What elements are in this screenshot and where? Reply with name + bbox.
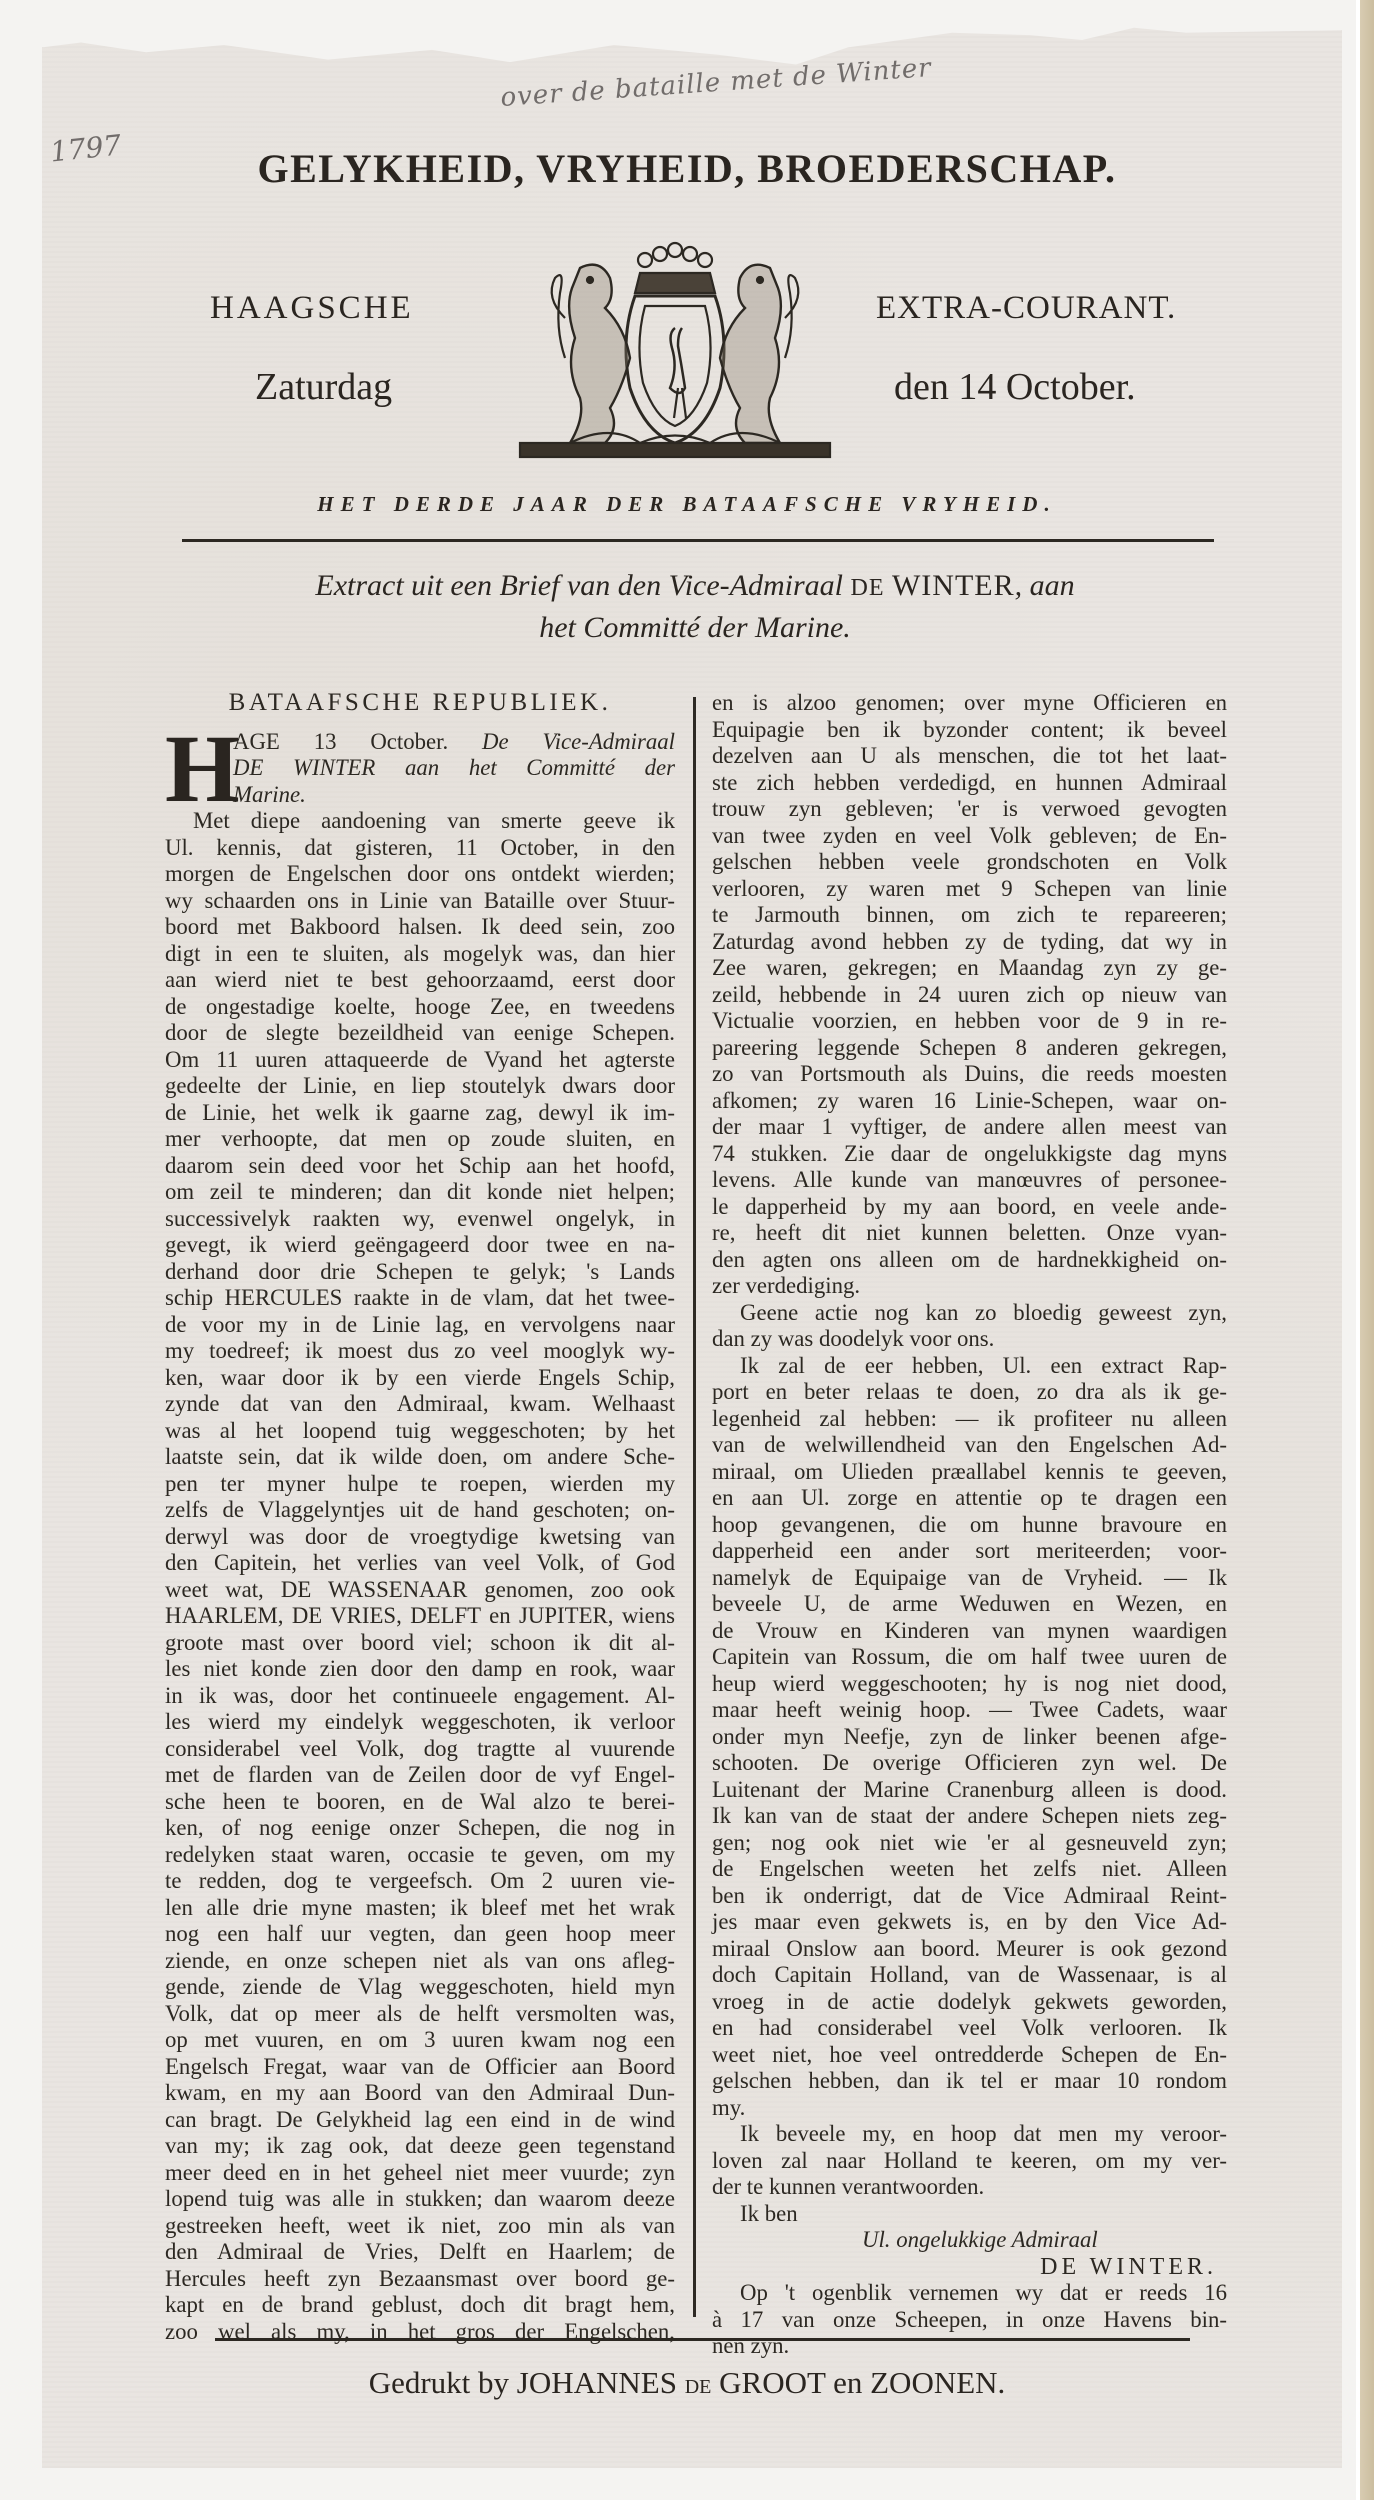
text-line: sche heen te booren, en de Wal alzo te b…	[165, 1789, 675, 1816]
text-line: derwyl was door de vroegtydige kwetsing …	[165, 1524, 675, 1551]
right-body-text: en is alzoo genomen; over myne Officiere…	[712, 690, 1227, 1300]
text-line: de voor my in de Linie lag, en vervolgen…	[165, 1312, 675, 1339]
text-line: 74 stukken. Zie daar de ongelukkigste da…	[712, 1141, 1227, 1168]
text-line: was al het loopend tuig weggeschoten; by…	[165, 1418, 675, 1445]
coat-of-arms-icon	[510, 238, 840, 478]
text-line: in ik was, door het continueele engageme…	[165, 1683, 675, 1710]
text-line: zer verdediging.	[712, 1273, 1227, 1300]
text-line: maar heeft weinig hoop. — Twee Cadets, w…	[712, 1697, 1227, 1724]
text-line: le dapperheid by my aan boord, en veele …	[712, 1194, 1227, 1221]
text-line: weet niet, hoe veel ontredderde Schepen …	[712, 2042, 1227, 2069]
text-line: daarom sein deed voor het Schip aan het …	[165, 1153, 675, 1180]
text-line: den Capitein, het verlies van veel Volk,…	[165, 1550, 675, 1577]
text-line: afkomen; zy waren 16 Linie-Schepen, waar…	[712, 1088, 1227, 1115]
text-line: trouw zyn gebleven; 'er is verwoed gevog…	[712, 796, 1227, 823]
text-line: legenheid zal hebben: — ik profiteer nu …	[712, 1406, 1227, 1433]
text-line: zynde dat van den Admiraal, kwam. Welhaa…	[165, 1391, 675, 1418]
text-line: Ik zal de eer hebben, Ul. een extract Ra…	[712, 1353, 1227, 1380]
dateline-line: AGE 13 October. De Vice-Admiraal	[233, 729, 675, 756]
text-line: met de flarden van de Zeilen door de vyf…	[165, 1762, 675, 1789]
text-line: ben ik onderrigt, dat de Vice Admiraal R…	[712, 1883, 1227, 1910]
text-line: schooten. De overige Officieren zyn wel.…	[712, 1750, 1227, 1777]
right-paragraph-4: Ik beveele my, en hoop dat men my veroor…	[712, 2121, 1227, 2201]
text-line: HAARLEM, DE VRIES, DELFT en JUPITER, wie…	[165, 1603, 675, 1630]
text-line: Luitenant der Marine Cranenburg alleen i…	[712, 1777, 1227, 1804]
masthead-right-line1: EXTRA-COURANT.	[876, 290, 1176, 327]
text-line: les wierd my eindelyk weggeschoten, ik v…	[165, 1709, 675, 1736]
text-line: zelfs de Vlaggelyntjes uit de hand gesch…	[165, 1497, 675, 1524]
text-line: mer verhoopte, dat men op zoude sluiten,…	[165, 1126, 675, 1153]
dateline-line: Marine.	[233, 782, 675, 809]
text-line: jes maar even gekwets is, en by den Vice…	[712, 1909, 1227, 1936]
left-body-text: Met diepe aandoening van smerte geeve ik…	[165, 808, 675, 2345]
text-line: considerabel veel Volk, dog tragtte al v…	[165, 1736, 675, 1763]
text-line: gevegt, ik wierd geëngageerd door twee e…	[165, 1232, 675, 1259]
text-line: à 17 van onze Scheepen, in onze Havens b…	[712, 2307, 1227, 2334]
masthead-left-line1: HAAGSCHE	[210, 290, 414, 327]
text-line: Op 't ogenblik vernemen wy dat er reeds …	[712, 2280, 1227, 2307]
text-line: ken, of nog eenige onzer Schepen, die no…	[165, 1815, 675, 1842]
text-line: de ongestadige koelte, hooge Zee, en twe…	[165, 994, 675, 1021]
text-line: heup wierd weggeschooten; hy is nog niet…	[712, 1671, 1227, 1698]
text-line: den agten ons alleen om de hardnekkighei…	[712, 1247, 1227, 1274]
text-line: zeild, hebbende in 24 uuren zich op nieu…	[712, 982, 1227, 1009]
text-line: namelyk de Equipaige van de Vryheid. — I…	[712, 1565, 1227, 1592]
text-line: van de welwillendheid van den Engelschen…	[712, 1432, 1227, 1459]
text-line: beveele U, de arme Weduwen en Wezen, en	[712, 1591, 1227, 1618]
text-line: te Jarmouth binnen, om zich te repareere…	[712, 902, 1227, 929]
text-line: len alle drie myne masten; ik bleef met …	[165, 1895, 675, 1922]
text-line: Capitein van Rossum, die om half twee uu…	[712, 1644, 1227, 1671]
text-line: Zee waren, gekregen; en Maandag zyn zy g…	[712, 955, 1227, 982]
text-line: successivelyk raakten wy, evenwel ongely…	[165, 1206, 675, 1233]
printer-imprint: Gedrukt by JOHANNES DE GROOT en ZOONEN.	[0, 2365, 1374, 2401]
text-line: gedeelte der Linie, en liep stoutelyk dw…	[165, 1073, 675, 1100]
text-line: om zeil te minderen; dan dit konde niet …	[165, 1179, 675, 1206]
text-line: kwam, en my aan Boord van den Admiraal D…	[165, 2080, 675, 2107]
text-line: de Engelschen weeten het zelfs niet. All…	[712, 1856, 1227, 1883]
text-line: Engelsch Fregat, waar van de Officier aa…	[165, 2054, 675, 2081]
text-line: derhand door drie Schepen te gelyk; 's L…	[165, 1259, 675, 1286]
text-line: Geene actie nog kan zo bloedig geweest z…	[712, 1300, 1227, 1327]
text-line: boord met Bakboord halsen. Ik deed sein,…	[165, 914, 675, 941]
text-line: vroeg in de actie dodelyk gekwets geword…	[712, 1989, 1227, 2016]
text-line: zo van Portsmouth als Duins, die reeds m…	[712, 1061, 1227, 1088]
text-line: Ik kan van de staat der andere Schepen n…	[712, 1803, 1227, 1830]
text-line: meer deed en in het geheel niet meer vuu…	[165, 2160, 675, 2187]
text-line: Hercules heeft zyn Bezaansmast over boor…	[165, 2266, 675, 2293]
text-line: Ul. kennis, dat gisteren, 11 October, in…	[165, 835, 675, 862]
text-line: Zaturdag avond hebben zy de tyding, dat …	[712, 929, 1227, 956]
extract-heading-name: WINTER	[892, 569, 1015, 602]
text-line: op met vuuren, en om 3 uuren kwam nog ee…	[165, 2027, 675, 2054]
text-line: en had considerabel veel Volk verlooren.…	[712, 2015, 1227, 2042]
text-line: lopend tuig was alle in stukken; dan waa…	[165, 2186, 675, 2213]
text-line: Victualie voorzien, en hebben voor de 9 …	[712, 1008, 1227, 1035]
text-line: groote mast over boord viel; schoon ik d…	[165, 1630, 675, 1657]
text-line: Ik beveele my, en hoop dat men my veroor…	[712, 2121, 1227, 2148]
masthead-weekday: Zaturdag	[255, 365, 392, 409]
text-line: redelyken staat waren, occasie te geven,…	[165, 1842, 675, 1869]
text-line: de Vrouw en Kinderen van mynen waardigen	[712, 1618, 1227, 1645]
extract-heading-part1: Extract uit een Brief van den Vice-Admir…	[315, 569, 843, 602]
text-line: te redden, dog te vergeefsch. Om 2 uuren…	[165, 1868, 675, 1895]
masthead-title: GELYKHEID, VRYHEID, BROEDERSCHAP.	[0, 145, 1374, 192]
text-line: nen zyn.	[712, 2333, 1227, 2360]
text-line: gestreeken heeft, weet ik niet, zoo min …	[165, 2213, 675, 2240]
text-line: aan wierd niet te best gehoorzaamd, eers…	[165, 967, 675, 994]
postscript: Op 't ogenblik vernemen wy dat er reeds …	[712, 2280, 1227, 2360]
text-line: gelschen hebben veele grondschoten en Vo…	[712, 849, 1227, 876]
extract-heading-line2: het Committé der Marine.	[539, 611, 851, 644]
signature-name: DE WINTER.	[712, 2254, 1227, 2281]
text-line: miraal, om Ulieden præallabel kennis te …	[712, 1459, 1227, 1486]
text-line: levens. Alle kunde van manœuvres of pers…	[712, 1167, 1227, 1194]
text-line: gelschen hebben, dan ik tel er maar 10 r…	[712, 2068, 1227, 2095]
background-board-edge	[1356, 0, 1374, 2500]
text-line: digt in een te sluiten, als mogelyk was,…	[165, 941, 675, 968]
text-line: dapperheid een ander sort meriteerden; v…	[712, 1538, 1227, 1565]
article-heading: Extract uit een Brief van den Vice-Admir…	[180, 566, 1210, 648]
text-line: en is alzoo genomen; over myne Officiere…	[712, 690, 1227, 717]
extract-heading-de: DE	[850, 575, 884, 601]
text-line: miraal Onslow aan boord. Meurer is ook g…	[712, 1936, 1227, 1963]
text-line: port en beter relaas te doen, zo dra als…	[712, 1379, 1227, 1406]
text-line: Volk, dat op meer als de helft versmolte…	[165, 2001, 675, 2028]
text-line: zoo wel als my, in het gros der Engelsch…	[165, 2319, 675, 2346]
signature-line1: Ul. ongelukkige Admiraal	[712, 2227, 1227, 2254]
text-line: der te kunnen verantwoorden.	[712, 2174, 1227, 2201]
text-line: en aan Ul. zorge en attentie op te drage…	[712, 1485, 1227, 1512]
right-paragraph-2: Geene actie nog kan zo bloedig geweest z…	[712, 1300, 1227, 1353]
text-line: dezelven aan U als menschen, die tot het…	[712, 743, 1227, 770]
text-line: re, heeft dit niet kunnen beletten. Onze…	[712, 1220, 1227, 1247]
text-line: morgen de Engelschen door ons ontdekt wi…	[165, 861, 675, 888]
text-line: my.	[712, 2095, 1227, 2122]
text-line: doch Capitain Holland, van de Wassenaar,…	[712, 1962, 1227, 1989]
text-line: les niet konde zien door den damp en roo…	[165, 1656, 675, 1683]
text-line: loven zal naar Holland te keeren, om my …	[712, 2148, 1227, 2175]
text-line: ken, waar door ik by een vierde Engels S…	[165, 1365, 675, 1392]
horizontal-rule	[215, 2338, 1190, 2341]
text-line: hoop gevangenen, die om hunne bravoure e…	[712, 1512, 1227, 1539]
dateline-line: DE WINTER aan het Committé der	[233, 755, 675, 782]
text-line: schip HERCULES raakte in de vlam, dat he…	[165, 1285, 675, 1312]
dropcap: H	[165, 729, 240, 809]
text-line: van twee zyden en veel Volk gebleven; de…	[712, 823, 1227, 850]
text-line: onder myn Neefje, zyn de linker beenen a…	[712, 1724, 1227, 1751]
text-line: ste zich hebben verdedigd, en hunnen Adm…	[712, 770, 1227, 797]
section-heading: BATAAFSCHE REPUBLIEK.	[165, 690, 675, 717]
column-divider	[693, 697, 696, 2317]
dateline: H AGE 13 October. De Vice-Admiraal DE WI…	[165, 729, 675, 809]
text-line: Om 11 uuren attaqueerde de Vyand het agt…	[165, 1047, 675, 1074]
text-line: weet wat, DE WASSENAAR genomen, zoo ook	[165, 1577, 675, 1604]
right-column: en is alzoo genomen; over myne Officiere…	[712, 690, 1227, 2360]
horizontal-rule	[182, 539, 1214, 542]
right-paragraph-3: Ik zal de eer hebben, Ul. een extract Ra…	[712, 1353, 1227, 2122]
text-line: kapt en de brand geblust, doch dit bragt…	[165, 2292, 675, 2319]
text-line: ziende, en onze schepen niet als van ons…	[165, 1948, 675, 1975]
text-line: laatste sein, dat ik wilde doen, om ande…	[165, 1444, 675, 1471]
text-line: nog een half uur vegten, dan geen hoop m…	[165, 1921, 675, 1948]
text-line: gende, ziende de Vlag weggeschoten, hiel…	[165, 1974, 675, 2001]
text-line: van my; ik zag ook, dat deeze geen tegen…	[165, 2133, 675, 2160]
text-line: verlooren, zy waren met 9 Schepen van li…	[712, 876, 1227, 903]
text-line: door de slegte bezeildheid van eenige Sc…	[165, 1020, 675, 1047]
text-line: de Linie, het welk ik gaarne zag, dewyl …	[165, 1100, 675, 1127]
text-line: wy schaarden ons in Linie van Bataille o…	[165, 888, 675, 915]
extract-heading-part2: , aan	[1015, 569, 1075, 602]
text-line: can bragt. De Gelykheid lag een eind in …	[165, 2107, 675, 2134]
closing-line: Ik ben	[712, 2201, 1227, 2228]
text-line: den Admiraal de Vries, Delft en Haarlem;…	[165, 2239, 675, 2266]
text-line: gen; nog ook niet wie 'er al gesneuveld …	[712, 1830, 1227, 1857]
text-line: Met diepe aandoening van smerte geeve ik	[165, 808, 675, 835]
masthead-subtitle: HET DERDE JAAR DER BATAAFSCHE VRYHEID.	[0, 492, 1374, 517]
text-line: pareering leggende Schepen 8 anderen gek…	[712, 1035, 1227, 1062]
left-column: BATAAFSCHE REPUBLIEK. H AGE 13 October. …	[165, 690, 675, 2345]
masthead-date: den 14 October.	[894, 365, 1136, 409]
text-line: pen ter myner hulpe te roepen, wierden m…	[165, 1471, 675, 1498]
text-line: Equipagie ben ik byzonder content; ik be…	[712, 717, 1227, 744]
text-line: der maar 1 vyftiger, de andere allen mee…	[712, 1114, 1227, 1141]
text-line: my toedreef; ik moest dus zo veel moogly…	[165, 1338, 675, 1365]
text-line: dan zy was doodelyk voor ons.	[712, 1326, 1227, 1353]
